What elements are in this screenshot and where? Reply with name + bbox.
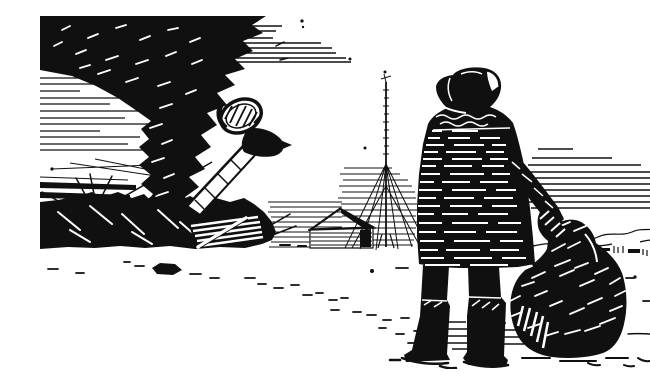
illustration-canvas [40, 16, 650, 369]
wire-end-dot [50, 167, 53, 170]
sky-dot [349, 58, 352, 61]
sky-dot [364, 147, 367, 150]
illustration: A man in a heavy winter coat and cap sta… [40, 16, 650, 369]
mast-top-dot [384, 71, 387, 74]
snow-pebble [370, 269, 374, 273]
sky-dot [302, 26, 304, 28]
sky-dot [300, 19, 303, 22]
snow-pebble [633, 275, 636, 278]
